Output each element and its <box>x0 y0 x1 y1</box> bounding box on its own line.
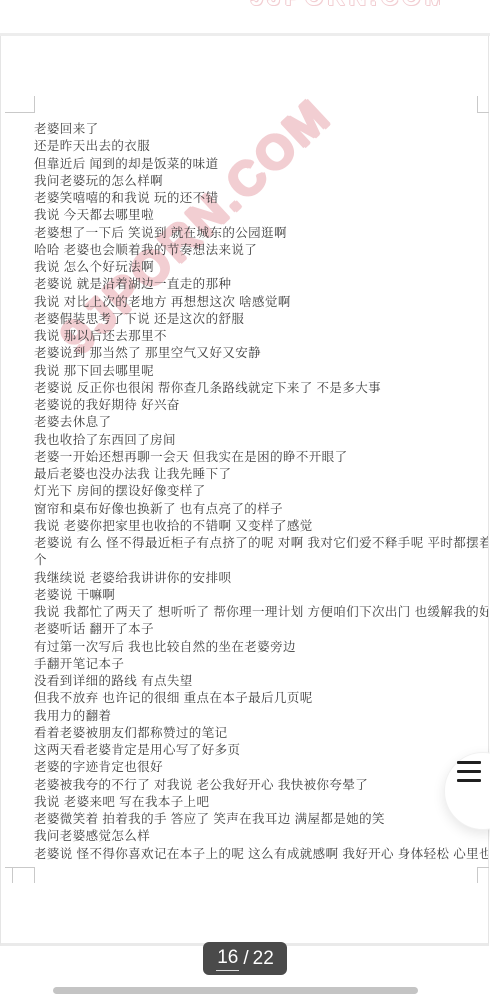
text-line: 老婆说 怪不得你喜欢记在本子上的呢 这么有成就感啊 我好开心 身体轻松 心里也舒… <box>34 846 486 863</box>
margin-mark-top-left-h <box>5 112 35 113</box>
text-line: 窗帘和桌布好像也换新了 也有点亮了的样子 <box>34 501 486 518</box>
text-line: 老婆笑嘻嘻的和我说 玩的还不错 <box>34 190 486 207</box>
text-line: 我说 老婆你把家里也收拾的不错啊 又变样了感觉 <box>34 518 486 535</box>
text-line: 老婆说的我好期待 好兴奋 <box>34 397 486 414</box>
current-page-number[interactable]: 16 <box>216 947 239 971</box>
text-line: 老婆说 就是沿着湖边一直走的那种 <box>34 276 486 293</box>
text-line: 灯光下 房间的摆设好像变样了 <box>34 483 486 500</box>
margin-mark-bottom-right-v <box>477 867 478 883</box>
text-line: 个 <box>34 552 486 569</box>
text-line: 但靠近后 闻到的却是饭菜的味道 <box>34 156 486 173</box>
menu-icon-bar <box>457 770 481 773</box>
text-line: 老婆假装思考了下说 还是这次的舒服 <box>34 311 486 328</box>
text-line: 有过第一次写后 我也比较自然的坐在老婆旁边 <box>34 639 486 656</box>
text-line: 我说 老婆来吧 写在我本子上吧 <box>34 794 486 811</box>
text-line: 老婆说 干嘛啊 <box>34 587 486 604</box>
text-line: 但我不放弃 也许记的很细 重点在本子最后几页呢 <box>34 690 486 707</box>
text-line: 老婆说 有么 怪不得最近柜子有点挤了的呢 对啊 我对它们爱不释手呢 平时都摆着它… <box>34 535 486 552</box>
margin-mark-bottom-left-v2 <box>12 867 13 883</box>
text-line: 我问老婆感觉怎么样 <box>34 828 486 845</box>
text-line: 没看到详细的路线 有点失望 <box>34 673 486 690</box>
margin-mark-top-right-v <box>477 96 478 113</box>
margin-mark-bottom-left-v <box>34 867 35 883</box>
text-line: 看着老婆被朋友们都称赞过的笔记 <box>34 725 486 742</box>
page-separator: / <box>243 948 248 970</box>
text-line: 我说 那下回去哪里呢 <box>34 363 486 380</box>
menu-icon-bar <box>457 761 481 764</box>
document-text-block: 老婆回来了还是昨天出去的衣服但靠近后 闻到的却是饭菜的味道我问老婆玩的怎么样啊老… <box>34 121 486 863</box>
text-line: 我说 今天都去哪里啦 <box>34 207 486 224</box>
text-line: 老婆的字迹肯定也很好 <box>34 759 486 776</box>
text-line: 老婆说 反正你也很闲 帮你查几条路线就定下来了 不是多大事 <box>34 380 486 397</box>
document-page: 9JPORN.COM 老婆回来了还是昨天出去的衣服但靠近后 闻到的却是饭菜的味道… <box>0 36 489 946</box>
text-line: 老婆微笑着 拍着我的手 答应了 笑声在我耳边 满屋都是她的笑 <box>34 811 486 828</box>
margin-mark-top-left-v <box>34 96 35 113</box>
top-band: 9JPORN.COM <box>0 0 490 33</box>
watermark-top-partial: 9JPORN.COM <box>250 0 440 9</box>
text-line: 我继续说 老婆给我讲讲你的安排呗 <box>34 570 486 587</box>
text-line: 我说 那以后还去那里不 <box>34 328 486 345</box>
text-line: 老婆说到 那当然了 那里空气又好又安静 <box>34 345 486 362</box>
text-line: 手翻开笔记本子 <box>34 656 486 673</box>
text-line: 我也收拾了东西回了房间 <box>34 432 486 449</box>
margin-mark-bottom-left-h <box>5 867 35 868</box>
horizontal-scrollbar[interactable] <box>53 987 418 994</box>
text-line: 老婆回来了 <box>34 121 486 138</box>
text-line: 我说 对比上次的老地方 再想想这次 啥感觉啊 <box>34 294 486 311</box>
text-line: 我问老婆玩的怎么样啊 <box>34 173 486 190</box>
text-line: 我用力的翻着 <box>34 708 486 725</box>
text-line: 还是昨天出去的衣服 <box>34 138 486 155</box>
text-line: 我说 我都忙了两天了 想听听了 帮你理一理计划 方便咱们下次出门 也缓解我的好奇… <box>34 604 486 621</box>
margin-mark-bottom-right-h <box>477 867 489 868</box>
text-line: 老婆被我夸的不行了 对我说 老公我好开心 我快被你夸晕了 <box>34 777 486 794</box>
text-line: 老婆一开始还想再聊一会天 但我实在是困的睁不开眼了 <box>34 449 486 466</box>
text-line: 我说 怎么个好玩法啊 <box>34 259 486 276</box>
text-line: 最后老婆也没办法我 让我先睡下了 <box>34 466 486 483</box>
page-indicator[interactable]: 16 / 22 <box>203 942 287 975</box>
watermark-text: 9JPORN.COM <box>250 0 440 9</box>
total-pages-number: 22 <box>253 948 274 970</box>
menu-icon[interactable] <box>457 761 481 782</box>
text-line: 老婆去休息了 <box>34 414 486 431</box>
menu-icon-bar <box>457 779 481 782</box>
text-line: 哈哈 老婆也会顺着我的节奏想法来说了 <box>34 242 486 259</box>
margin-mark-top-right-h <box>477 112 489 113</box>
text-line: 这两天看老婆肯定是用心写了好多页 <box>34 742 486 759</box>
text-line: 老婆想了一下后 笑说到 就在城东的公园逛啊 <box>34 225 486 242</box>
text-line: 老婆听话 翻开了本子 <box>34 621 486 638</box>
